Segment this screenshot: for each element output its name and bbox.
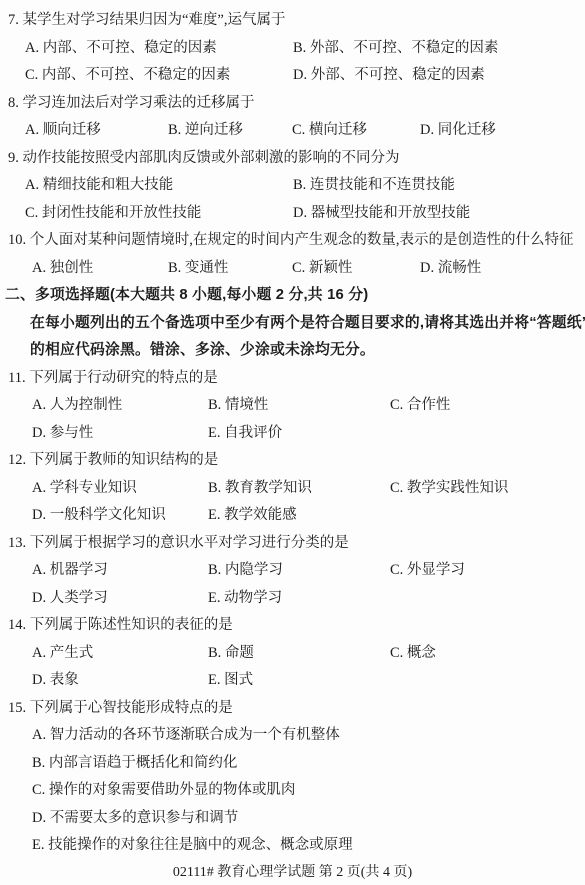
- q9-option-b: B. 连贯技能和不连贯技能: [293, 173, 455, 194]
- q15-option-a: A. 智力活动的各环节逐渐联合成为一个有机整体: [0, 720, 585, 748]
- q10-option-d: D. 流畅性: [420, 256, 481, 277]
- question-7-options-row-2: C. 内部、不可控、不稳定的因素 D. 外部、不可控、稳定的因素: [0, 60, 585, 88]
- question-9-options-row-2: C. 封闭性技能和开放性技能 D. 器械型技能和开放型技能: [0, 198, 585, 226]
- q15-option-c: C. 操作的对象需要借助外显的物体或肌肉: [0, 775, 585, 803]
- q12-option-d: D. 一般科学文化知识: [32, 503, 208, 524]
- q11-option-d: D. 参与性: [32, 421, 208, 442]
- question-10-options-row: A. 独创性 B. 变通性 C. 新颖性 D. 流畅性: [0, 253, 585, 281]
- q7-option-d: D. 外部、不可控、稳定的因素: [293, 63, 485, 84]
- question-14-stem: 14. 下列属于陈述性知识的表征的是: [0, 610, 585, 638]
- q10-option-a: A. 独创性: [32, 256, 168, 277]
- question-12-options-row-2: D. 一般科学文化知识 E. 教学效能感: [0, 500, 585, 528]
- question-14-options-row-2: D. 表象 E. 图式: [0, 665, 585, 693]
- q11-option-b: B. 情境性: [208, 393, 390, 414]
- question-7-stem: 7. 某学生对学习结果归因为“难度”,运气属于: [0, 5, 585, 33]
- q15-option-d: D. 不需要太多的意识参与和调节: [0, 803, 585, 831]
- question-13-stem: 13. 下列属于根据学习的意识水平对学习进行分类的是: [0, 528, 585, 556]
- q15-option-b: B. 内部言语趋于概括化和简约化: [0, 748, 585, 776]
- q14-option-c: C. 概念: [390, 641, 436, 662]
- q10-option-b: B. 变通性: [168, 256, 292, 277]
- question-12-stem: 12. 下列属于教师的知识结构的是: [0, 445, 585, 473]
- section-2-instruction-line-2: 的相应代码涂黑。错涂、多涂、少涂或未涂均无分。: [0, 335, 585, 363]
- q13-option-a: A. 机器学习: [32, 558, 208, 579]
- q14-option-e: E. 图式: [208, 668, 253, 689]
- section-2-title: 二、多项选择题(本大题共 8 小题,每小题 2 分,共 16 分): [0, 280, 585, 308]
- question-9-options-row-1: A. 精细技能和粗大技能 B. 连贯技能和不连贯技能: [0, 170, 585, 198]
- question-11-options-row-1: A. 人为控制性 B. 情境性 C. 合作性: [0, 390, 585, 418]
- q11-option-a: A. 人为控制性: [32, 393, 208, 414]
- q9-option-a: A. 精细技能和粗大技能: [25, 173, 293, 194]
- q7-option-b: B. 外部、不可控、不稳定的因素: [293, 36, 498, 57]
- q14-option-a: A. 产生式: [32, 641, 208, 662]
- question-11-stem: 11. 下列属于行动研究的特点的是: [0, 363, 585, 391]
- q7-option-c: C. 内部、不可控、不稳定的因素: [25, 63, 293, 84]
- q12-option-b: B. 教育教学知识: [208, 476, 390, 497]
- question-12-options-row-1: A. 学科专业知识 B. 教育教学知识 C. 教学实践性知识: [0, 473, 585, 501]
- q11-option-c: C. 合作性: [390, 393, 450, 414]
- question-14-options-row-1: A. 产生式 B. 命题 C. 概念: [0, 638, 585, 666]
- q14-option-d: D. 表象: [32, 668, 208, 689]
- question-11-options-row-2: D. 参与性 E. 自我评价: [0, 418, 585, 446]
- q11-option-e: E. 自我评价: [208, 421, 282, 442]
- q13-option-d: D. 人类学习: [32, 586, 208, 607]
- q8-option-a: A. 顺向迁移: [25, 118, 168, 139]
- question-9-stem: 9. 动作技能按照受内部肌肉反馈或外部刺激的影响的不同分为: [0, 143, 585, 171]
- q13-option-e: E. 动物学习: [208, 586, 282, 607]
- question-13-options-row-2: D. 人类学习 E. 动物学习: [0, 583, 585, 611]
- q8-option-d: D. 同化迁移: [420, 118, 496, 139]
- q8-option-b: B. 逆向迁移: [168, 118, 292, 139]
- q12-option-e: E. 教学效能感: [208, 503, 297, 524]
- question-15-stem: 15. 下列属于心智技能形成特点的是: [0, 693, 585, 721]
- question-10-stem: 10. 个人面对某种问题情境时,在规定的时间内产生观念的数量,表示的是创造性的什…: [0, 225, 585, 253]
- page-footer: 02111# 教育心理学试题 第 2 页(共 4 页): [0, 858, 585, 885]
- q12-option-c: C. 教学实践性知识: [390, 476, 508, 497]
- q7-option-a: A. 内部、不可控、稳定的因素: [25, 36, 293, 57]
- q10-option-c: C. 新颖性: [292, 256, 420, 277]
- question-7-options-row-1: A. 内部、不可控、稳定的因素 B. 外部、不可控、不稳定的因素: [0, 33, 585, 61]
- q14-option-b: B. 命题: [208, 641, 390, 662]
- q12-option-a: A. 学科专业知识: [32, 476, 208, 497]
- q9-option-c: C. 封闭性技能和开放性技能: [25, 201, 293, 222]
- q9-option-d: D. 器械型技能和开放型技能: [293, 201, 470, 222]
- q8-option-c: C. 横向迁移: [292, 118, 420, 139]
- q15-option-e: E. 技能操作的对象往往是脑中的观念、概念或原理: [0, 830, 585, 858]
- section-2-instruction-line-1: 在每小题列出的五个备选项中至少有两个是符合题目要求的,请将其选出并将“答题纸”: [0, 308, 585, 336]
- q13-option-c: C. 外显学习: [390, 558, 465, 579]
- q13-option-b: B. 内隐学习: [208, 558, 390, 579]
- question-8-options-row: A. 顺向迁移 B. 逆向迁移 C. 横向迁移 D. 同化迁移: [0, 115, 585, 143]
- question-8-stem: 8. 学习连加法后对学习乘法的迁移属于: [0, 88, 585, 116]
- question-13-options-row-1: A. 机器学习 B. 内隐学习 C. 外显学习: [0, 555, 585, 583]
- exam-paper-page: 7. 某学生对学习结果归因为“难度”,运气属于 A. 内部、不可控、稳定的因素 …: [0, 0, 585, 885]
